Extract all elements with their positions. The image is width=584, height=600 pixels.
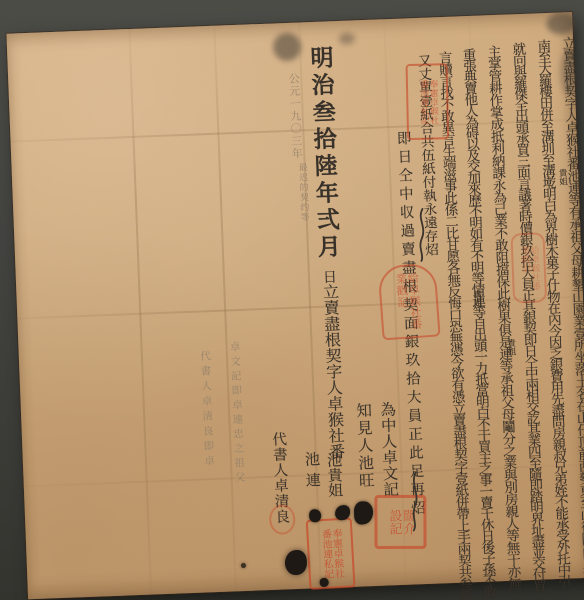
ink-smudge	[273, 32, 302, 61]
date-day-char: 日	[319, 269, 340, 284]
ink-blot	[241, 563, 246, 568]
signature-seller-2: 池連	[302, 451, 325, 494]
ink-flourish	[405, 470, 423, 533]
ink-smudge	[339, 32, 355, 45]
ink-flourish	[413, 207, 431, 264]
deed-paper: 立賣盡根契字人卓猴社番池連等有承祖父母耕墾山園業壹所坐落土名在山仔頂前西勢東至山…	[6, 12, 584, 599]
inline-note-guijie-1: 貴姐	[556, 168, 569, 185]
signature-middleman: 為中人卓文記	[376, 401, 402, 498]
ink-blot	[354, 501, 374, 525]
seal-bottom-rect: 奉憲卓猴社 番池連私記	[306, 517, 356, 589]
pencil-date-note: 公元一九〇三年	[285, 72, 304, 160]
seal-mid-right: 給卓猴社番 業戳記	[510, 232, 547, 303]
seal-scribe-oval	[269, 504, 296, 535]
seal-top-rect: 奉憲卓猴社 番池連私記	[406, 63, 450, 140]
inline-note-guijie-3: 貴姐	[471, 290, 484, 307]
ink-smudge	[546, 12, 577, 35]
signature-seller-1: 池貴姐	[324, 452, 347, 498]
pencil-date-note-small: 最迟的契约等	[296, 162, 311, 222]
ink-blot	[284, 550, 307, 576]
signature-seller-lead: 立賣盡根契字人卓猴社番	[318, 283, 348, 464]
pencil-margin-note-2: 代書人卓清良即卓	[198, 350, 218, 470]
signature-witness: 知見人池旺	[352, 402, 377, 490]
date-column: 明治叁拾陸年弍月	[303, 45, 345, 276]
inline-note-guijie-2: 貴姐	[504, 338, 517, 355]
seal-mid-large: 給卓猴社番 業戳記	[377, 262, 440, 340]
